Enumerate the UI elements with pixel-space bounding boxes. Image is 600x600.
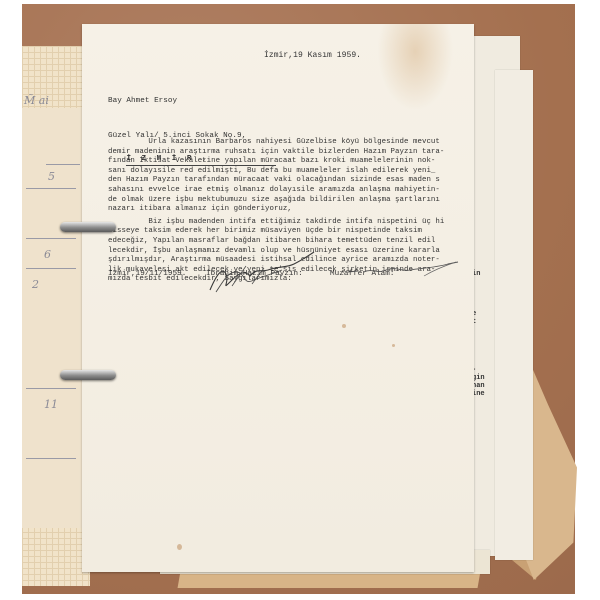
letter-line: Urla kazasının Barbaros nahiyesi Güzelbi…	[108, 138, 444, 148]
letter-line: fından İktisat Vekâletine yapılan müraca…	[108, 157, 444, 167]
handwriting: M̃ ai	[24, 94, 49, 107]
handwritten-ledger-page: M̃ ai 5 6 2 11	[22, 108, 85, 528]
letter-line: hisseye taksim ederek her birimiz müsavi…	[108, 227, 444, 237]
recipient-name: Bay Ahmet Ersoy	[108, 96, 276, 108]
signature-ibrahim	[202, 246, 322, 296]
ledger-line	[46, 164, 80, 165]
ledger-line	[26, 268, 76, 269]
letter-line: sanı dolayısile red edilmişti, Bu defa b…	[108, 167, 444, 177]
typed-letter: İzmir,19 Kasım 1959. Bay Ahmet Ersoy Güz…	[82, 24, 474, 572]
letter-line: demir madeninin araştırma ruhsatı için v…	[108, 148, 444, 158]
binder-ring	[60, 222, 116, 232]
background-page	[495, 70, 533, 560]
letter-date: İzmir,19 Kasım 1959.	[264, 51, 361, 61]
ledger-line	[26, 238, 76, 239]
ledger-line	[26, 458, 76, 459]
ledger-line	[26, 388, 76, 389]
letter-line: de olmak üzere işbu mektubumuzu size aşa…	[108, 196, 444, 206]
letter-line: den Hazım Payzın tarafından müracaat vak…	[108, 176, 444, 186]
binder-ring	[60, 370, 116, 380]
handwriting: 6	[44, 248, 51, 261]
paper-stain	[177, 544, 182, 550]
letter-line: Biz işbu madenden intifa ettiğimiz takdi…	[108, 218, 444, 228]
signature-muzaffer	[344, 256, 464, 286]
letter-line: sahasını evvelce irae etmiş olmanız dola…	[108, 186, 444, 196]
letter-line: nazarı itibara almanız için gönderiyoruz…	[108, 205, 444, 215]
paper-stain	[392, 344, 395, 347]
handwriting: 2	[32, 278, 39, 291]
paper-stain	[342, 324, 346, 328]
handwriting: 11	[44, 398, 58, 411]
handwriting: 5	[48, 170, 55, 183]
closing-place-date: İzmir,19/11/1959.	[108, 270, 186, 280]
ledger-line	[26, 188, 76, 189]
